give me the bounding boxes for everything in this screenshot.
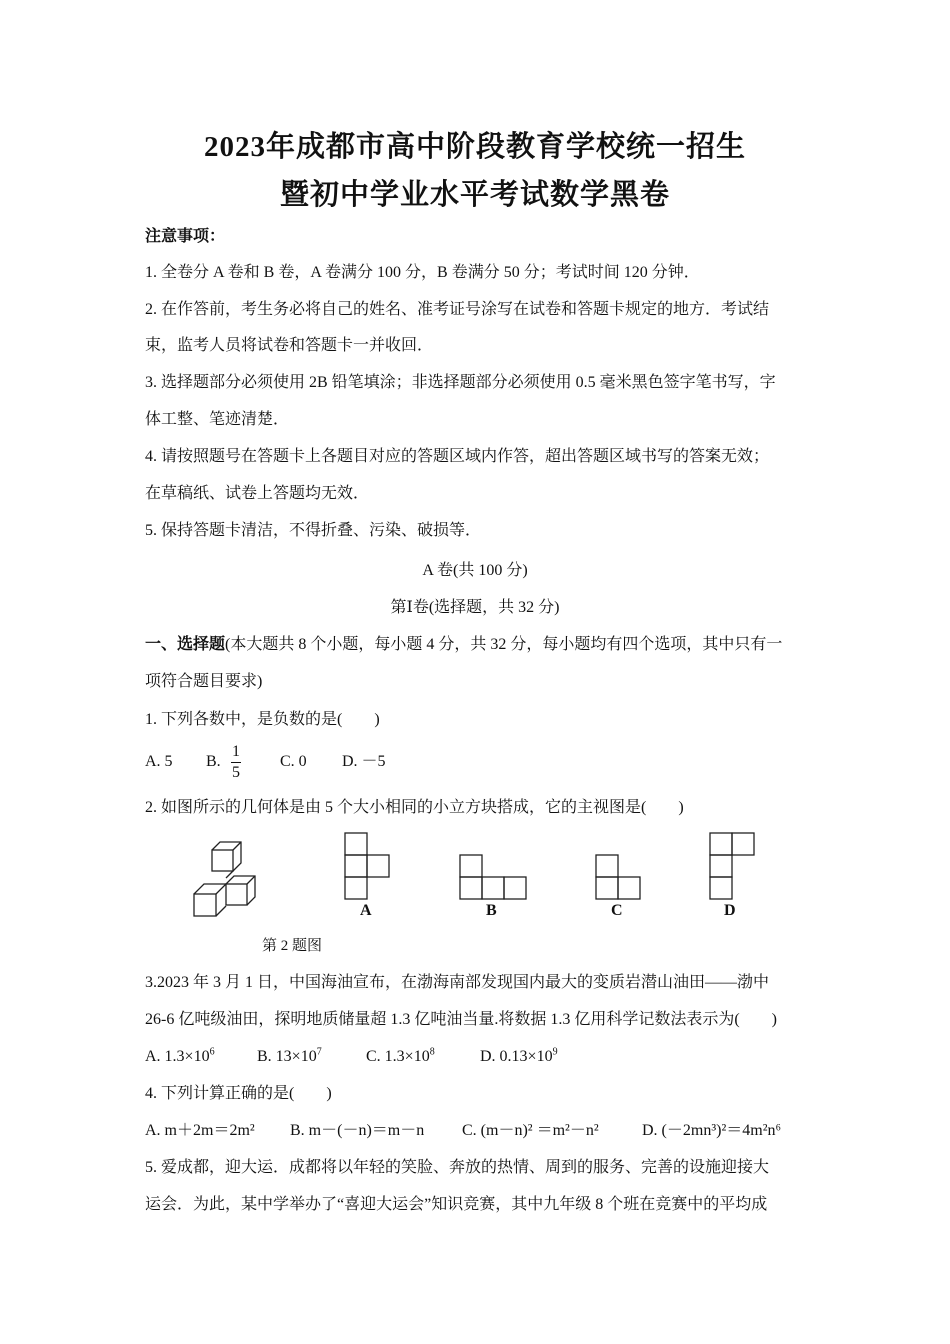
- notice-item-1: 1. 全卷分 A 卷和 B 卷，A 卷满分 100 分，B 卷满分 50 分；考…: [145, 263, 810, 283]
- q3-option-c: C. 1.3×108: [366, 1047, 435, 1067]
- q3-stem-line2: 26-6 亿吨级油田，探明地质储量超 1.3 亿吨油当量.将数据 1.3 亿用科…: [145, 1010, 810, 1030]
- q3-option-b: B. 13×107: [257, 1047, 322, 1067]
- q1-stem: 1. 下列各数中，是负数的是( ): [145, 710, 810, 730]
- q2-option-c-figure: [595, 854, 641, 900]
- q2-option-d-label: D: [724, 902, 736, 920]
- q3-option-d: D. 0.13×109: [480, 1047, 558, 1067]
- q2-option-a-figure: [344, 832, 390, 900]
- q3-option-b-exponent: 7: [317, 1047, 322, 1058]
- choice-desc: (本大题共 8 个小题，每小题 4 分，共 32 分，每小题均有四个选项，其中只…: [225, 636, 782, 653]
- q3-option-a-base: A. 1.3×10: [145, 1048, 210, 1065]
- q5-stem-line2: 运会．为此，某中学举办了“喜迎大运会”知识竞赛，其中九年级 8 个班在竞赛中的平…: [145, 1195, 810, 1215]
- q4-option-a: A. m＋2m＝2m²: [145, 1121, 255, 1141]
- q1-options: A. 5 B. 1 5 C. 0 D. －5: [145, 742, 810, 786]
- q2-option-a-label: A: [360, 902, 372, 920]
- q3-option-a-exponent: 6: [210, 1047, 215, 1058]
- q1-option-a: A. 5: [145, 752, 173, 772]
- a-volume-heading: A 卷(共 100 分): [0, 561, 950, 581]
- q4-option-c: C. (m－n)² ＝m²－n²: [462, 1121, 599, 1141]
- q4-option-b: B. m－(－n)＝m－n: [290, 1121, 424, 1141]
- q1-option-d: D. －5: [342, 752, 386, 772]
- q4-stem: 4. 下列计算正确的是( ): [145, 1084, 810, 1104]
- notice-item-3: 3. 选择题部分必须使用 2B 铅笔填涂；非选择题部分必须使用 0.5 毫米黑色…: [145, 373, 810, 393]
- notice-item-5: 5. 保持答题卡清洁，不得折叠、污染、破损等．: [145, 521, 810, 541]
- fraction-denominator: 5: [231, 763, 241, 783]
- q1-option-c: C. 0: [280, 752, 307, 772]
- q3-option-c-exponent: 8: [430, 1047, 435, 1058]
- q1-option-b-prefix: B.: [206, 752, 221, 772]
- q3-option-d-base: D. 0.13×10: [480, 1048, 553, 1065]
- notice-item-4: 4. 请按照题号在答题卡上各题目对应的答题区域内作答，超出答题区域书写的答案无效…: [145, 447, 810, 467]
- q3-option-a: A. 1.3×106: [145, 1047, 215, 1067]
- exam-title-line2: 暨初中学业水平考试数学黑卷: [0, 172, 950, 213]
- q1-option-b-fraction: 1 5: [231, 742, 241, 783]
- choice-desc-cont: 项符合题目要求): [145, 672, 810, 692]
- q5-stem-line1: 5. 爱成都，迎大运．成都将以年轻的笑脸、奔放的热情、周到的服务、完善的设施迎接…: [145, 1158, 810, 1178]
- notice-item-4-cont: 在草稿纸、试卷上答题均无效．: [145, 484, 810, 504]
- choice-section-intro: 一、选择题(本大题共 8 个小题，每小题 4 分，共 32 分，每小题均有四个选…: [145, 635, 810, 655]
- notice-item-2: 2. 在作答前，考生务必将自己的姓名、准考证号涂写在试卷和答题卡规定的地方．考试…: [145, 300, 810, 320]
- part1-heading: 第Ⅰ卷(选择题，共 32 分): [0, 598, 950, 618]
- q2-option-b-figure: [459, 854, 527, 900]
- notice-heading: 注意事项：: [145, 227, 810, 247]
- q3-option-d-exponent: 9: [553, 1047, 558, 1058]
- exam-page: 2023年成都市高中阶段教育学校统一招生 暨初中学业水平考试数学黑卷 注意事项：…: [0, 0, 950, 1344]
- q2-option-d-figure: [709, 832, 755, 900]
- q4-option-d: D. (－2mn³)²＝4m²n⁶: [642, 1121, 781, 1141]
- exam-title-line1: 2023年成都市高中阶段教育学校统一招生: [0, 124, 950, 165]
- q2-option-b-label: B: [486, 902, 497, 920]
- q3-option-c-base: C. 1.3×10: [366, 1048, 430, 1065]
- notice-item-2-cont: 束，监考人员将试卷和答题卡一并收回．: [145, 336, 810, 356]
- choice-heading: 一、选择题: [145, 636, 225, 653]
- q3-option-b-base: B. 13×10: [257, 1048, 317, 1065]
- q3-stem-line1: 3.2023 年 3 月 1 日，中国海油宣布，在渤海南部发现国内最大的变质岩潜…: [145, 973, 810, 993]
- fraction-numerator: 1: [231, 742, 241, 763]
- q2-3d-solid-figure: [190, 838, 262, 918]
- q2-option-c-label: C: [611, 902, 623, 920]
- notice-item-3-cont: 体工整、笔迹清楚．: [145, 410, 810, 430]
- q2-figure-caption: 第 2 题图: [262, 934, 322, 955]
- q2-stem: 2. 如图所示的几何体是由 5 个大小相同的小立方块搭成，它的主视图是( ): [145, 798, 810, 818]
